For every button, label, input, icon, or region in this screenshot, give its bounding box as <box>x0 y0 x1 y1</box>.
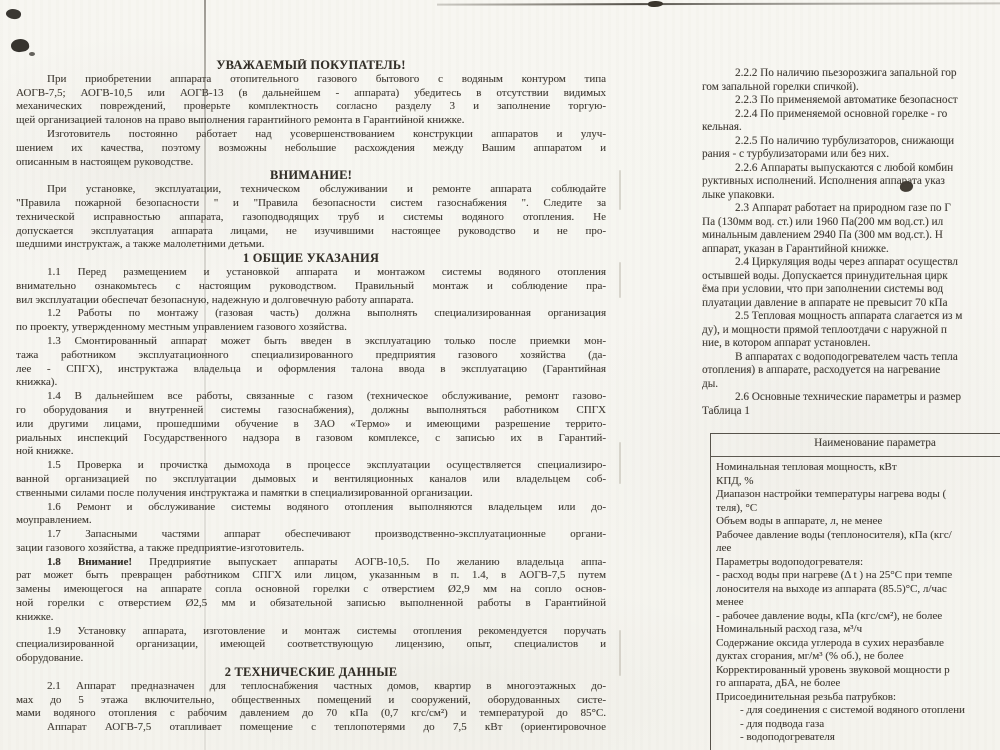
ink-speck <box>5 7 22 20</box>
text-line: книжка). <box>16 376 606 390</box>
text-line: Аппарат АОГВ-7,5 отапливает помещение с … <box>16 721 606 735</box>
text-line: Па (130мм вод. ст.) или 1960 Па(200 мм в… <box>702 216 1000 230</box>
text-line: 2.3 Аппарат работает на природном газе п… <box>702 202 1000 216</box>
ink-blob-top <box>648 1 663 7</box>
text-line: руктивных исполнений. Исполнения аппарат… <box>702 175 1000 189</box>
text-line: ванной организацией по эксплуатации дымо… <box>16 473 606 487</box>
text-line: внимательно ознакомьтесь с настоящим рук… <box>16 280 606 294</box>
text-line: щей организацией талонов на право выполн… <box>16 114 606 128</box>
text-line: 1.1 Перед размещением и установкой аппар… <box>16 266 606 280</box>
table-row: Присоединительная резьба патрубков: <box>716 691 1000 705</box>
table-row: Рабочее давление воды (теплоносителя), к… <box>716 529 1000 543</box>
text-line: отопления) в аппарате, расходуется на на… <box>702 364 1000 378</box>
table-row: лее <box>716 542 1000 556</box>
table-row: теля), °С <box>716 502 1000 516</box>
table-rows: Номинальная тепловая мощность, кВтКПД, %… <box>716 461 1000 745</box>
text-line: В аппаратах с водоподогревателем часть т… <box>702 351 1000 365</box>
text-line: тажа работником эксплуатационного специа… <box>16 349 606 363</box>
text-line: технической исправностью аппарата, газоп… <box>16 211 606 225</box>
text-line: го оборудования и внутренней системы газ… <box>16 404 606 418</box>
table-row: Номинальный расход газа, м³/ч <box>716 623 1000 637</box>
text-line: 1 ОБЩИЕ УКАЗАНИЯ <box>16 252 606 266</box>
text-line: аппарат, указан в Гарантийной книжке. <box>702 243 1000 257</box>
table-row: - для соединения с системой водяного ото… <box>716 704 1000 718</box>
text-line: механических повреждений, проверьте комп… <box>16 100 606 114</box>
text-line: 2.2.6 Аппараты выпускаются с любой комби… <box>702 162 1000 176</box>
text-line: рания - с турбулизаторами или без них. <box>702 148 1000 162</box>
text-line: Изготовитель постоянно работает над усов… <box>16 128 606 142</box>
text-line: 2.1 Аппарат предназначен для теплоснабже… <box>16 680 606 694</box>
page-edge-line <box>437 2 1000 5</box>
text-line: 2.2.3 По применяемой автоматике безопасн… <box>702 94 1000 108</box>
text-line: При приобретении аппарата отопительного … <box>16 73 606 87</box>
text-line: ственными силами после получения инструк… <box>16 487 606 501</box>
table-row: Содержание оксида углерода в сухих нераз… <box>716 637 1000 651</box>
text-line: При установке, эксплуатации, техническом… <box>16 183 606 197</box>
table-row: Диапазон настройки температуры нагрева в… <box>716 488 1000 502</box>
text-line: специализированной организации, имеющей … <box>16 638 606 652</box>
text-line: плуатации давление в аппарате не превыси… <box>702 297 1000 311</box>
text-line: описанным в настоящем руководстве. <box>16 156 606 170</box>
text-line: АОГВ-7,5; АОГВ-10,5 или АОГВ-13 (в дальн… <box>16 87 606 101</box>
table-row: - расход воды при нагреве (Δ t ) на 25°С… <box>716 569 1000 583</box>
text-line: ной книжке. <box>16 445 606 459</box>
text-line: 1.8 Внимание! Предприятие выпускает аппа… <box>16 556 606 570</box>
text-line: УВАЖАЕМЫЙ ПОКУПАТЕЛЬ! <box>16 59 606 73</box>
text-line: 1.2 Работы по монтажу (газовая часть) до… <box>16 307 606 321</box>
text-line: "Правила пожарной безопасности " и "Прав… <box>16 197 606 211</box>
text-line: 1.4 В дальнейшем все работы, связанные с… <box>16 390 606 404</box>
table-row: - водоподогревателя <box>716 731 1000 745</box>
text-line: 2.4 Циркуляция воды через аппарат осущес… <box>702 256 1000 270</box>
text-line: 2.2.5 По наличию турбулизаторов, снижающ… <box>702 135 1000 149</box>
table-row: менее <box>716 596 1000 610</box>
table-row: дуктах сгорания, мг/м³ (% об.), не более <box>716 650 1000 664</box>
text-line: гом запальной горелки спичкой). <box>702 81 1000 95</box>
table-row: Номинальная тепловая мощность, кВт <box>716 461 1000 475</box>
text-line: риальных инспекций Государственного надз… <box>16 432 606 446</box>
text-line: 2 ТЕХНИЧЕСКИЕ ДАННЫЕ <box>16 666 606 680</box>
table-row: - рабочее давление воды, кПа (кгс/см²), … <box>716 610 1000 624</box>
text-line: ды. <box>702 378 1000 392</box>
table-header-rule <box>710 456 1000 457</box>
text-line: лыке упаковки. <box>702 189 1000 203</box>
fold-mark <box>619 170 621 210</box>
fold-mark <box>619 262 621 298</box>
fold-mark <box>619 442 621 484</box>
text-line: 2.2.2 По наличию пьезорозжига запальной … <box>702 67 1000 81</box>
text-line: мами водяного отопления с рабочим давлен… <box>16 707 606 721</box>
text-line: ВНИМАНИЕ! <box>16 169 606 183</box>
fold-mark <box>619 630 621 676</box>
text-line: 2.2.4 По применяемой основной горелке - … <box>702 108 1000 122</box>
text-line: ду), и мощности прямой теплоотдачи с нар… <box>702 324 1000 338</box>
table-row: - для подвода газа <box>716 718 1000 732</box>
text-line: моуправлением. <box>16 514 606 528</box>
text-line: мах до 5 этажа включительно, общественны… <box>16 694 606 708</box>
text-line: 1.5 Проверка и прочистка дымохода в проц… <box>16 459 606 473</box>
text-line: замены имеющегося на аппарате сопла осно… <box>16 583 606 597</box>
text-line: Таблица 1 <box>702 405 1000 419</box>
left-page-text: УВАЖАЕМЫЙ ПОКУПАТЕЛЬ!При приобретении ап… <box>16 59 606 750</box>
text-line: кельная. <box>702 121 1000 135</box>
text-line: ние, в котором аппарат установлен. <box>702 337 1000 351</box>
text-line: 1.6 Ремонт и обслуживание системы водяно… <box>16 501 606 515</box>
text-line: допускается эксплуатация аппарата лицами… <box>16 225 606 239</box>
right-page-text: 2.2.2 По наличию пьезорозжига запальной … <box>702 67 1000 427</box>
text-line: 1.3 Смонтированный аппарат может быть вв… <box>16 335 606 349</box>
text-line: шедшими инструктаж, а также малолетними … <box>16 238 606 252</box>
ink-speck <box>10 38 30 54</box>
text-line: или другими лицами, прошедшими обучение … <box>16 418 606 432</box>
text-line: ной горелки с отверстием Ø2,5 мм и обяза… <box>16 597 606 611</box>
text-line: 1.7 Запасными частями аппарат обеспечива… <box>16 528 606 542</box>
table-row: Корректированный уровень звуковой мощнос… <box>716 664 1000 678</box>
text-line: 2.6 Основные технические параметры и раз… <box>702 391 1000 405</box>
text-line: 2.5 Тепловая мощность аппарата слагается… <box>702 310 1000 324</box>
text-line: минальным давлением 2940 Па (300 мм вод.… <box>702 229 1000 243</box>
table-row: Объем воды в аппарате, л, не менее <box>716 515 1000 529</box>
text-line: шением их качества, поэтому возможны неб… <box>16 142 606 156</box>
scanned-document: УВАЖАЕМЫЙ ПОКУПАТЕЛЬ!При приобретении ап… <box>0 0 1000 750</box>
text-line: по проекту, утвержденному местным управл… <box>16 321 606 335</box>
ink-speck <box>29 52 35 56</box>
table-header: Наименование параметра <box>712 437 1000 454</box>
table-row: Параметры водоподогревателя: <box>716 556 1000 570</box>
table-left-border <box>710 433 711 750</box>
text-line: зации газового хозяйства, а также предпр… <box>16 542 606 556</box>
text-line: книжке. <box>16 611 606 625</box>
text-line: остывшей воды. Допускается принудительна… <box>702 270 1000 284</box>
text-line: 1.9 Установку аппарата, изготовление и м… <box>16 625 606 639</box>
text-line: ёма при условии, что при заполнении сист… <box>702 283 1000 297</box>
table-row: го аппарата, дБА, не более <box>716 677 1000 691</box>
table-row: КПД, % <box>716 475 1000 489</box>
table-row: лоносителя на выходе из аппарата (85.5)°… <box>716 583 1000 597</box>
table-top-border <box>710 433 1000 434</box>
text-line: лее - СПГХ), инструктажа владельца и офо… <box>16 363 606 377</box>
text-line: рат может быть превращен работником СПГХ… <box>16 569 606 583</box>
text-line: оборудование. <box>16 652 606 666</box>
text-line: вил эксплуатации обеспечат безопасную, н… <box>16 294 606 308</box>
